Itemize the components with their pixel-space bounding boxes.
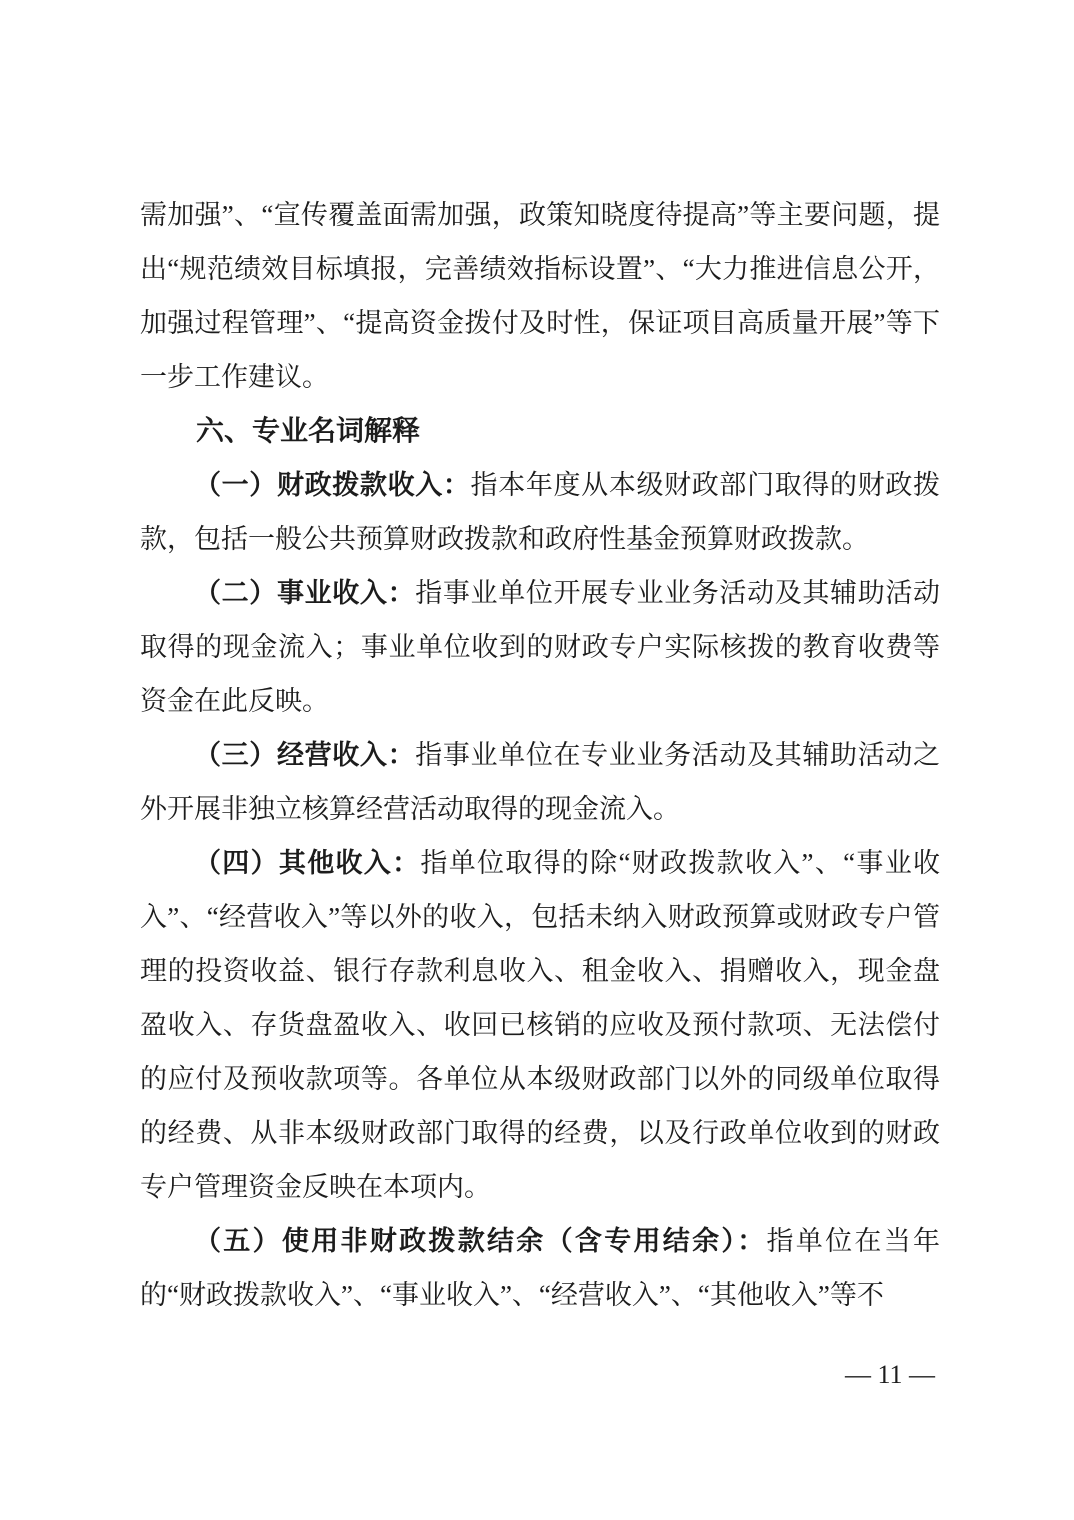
term-lead-5: （五）使用非财政拨款结余（含专用结余）： [194,1226,767,1256]
term-paragraph-4: （四）其他收入：指单位取得的除“财政拨款收入”、“事业收入”、“经营收入”等以外… [140,836,940,1214]
document-page: 需加强”、“宣传覆盖面需加强，政策知晓度待提高”等主要问题，提出“规范绩效目标填… [0,0,1074,1520]
term-lead-3: （三）经营收入： [194,740,415,770]
paragraph-intro: 需加强”、“宣传覆盖面需加强，政策知晓度待提高”等主要问题，提出“规范绩效目标填… [140,188,940,404]
document-body: 需加强”、“宣传覆盖面需加强，政策知晓度待提高”等主要问题，提出“规范绩效目标填… [140,188,940,1322]
section-heading: 六、专业名词解释 [140,404,940,458]
term-paragraph-3: （三）经营收入：指事业单位在专业业务活动及其辅助活动之外开展非独立核算经营活动取… [140,728,940,836]
term-lead-1: （一）财政拨款收入： [194,470,471,500]
term-lead-2: （二）事业收入： [194,578,415,608]
term-body-4: 指单位取得的除“财政拨款收入”、“事业收入”、“经营收入”等以外的收入，包括未纳… [140,848,940,1202]
term-lead-4: （四）其他收入： [194,848,420,878]
term-paragraph-5: （五）使用非财政拨款结余（含专用结余）：指单位在当年的“财政拨款收入”、“事业收… [140,1214,940,1322]
term-paragraph-1: （一）财政拨款收入：指本年度从本级财政部门取得的财政拨款，包括一般公共预算财政拨… [140,458,940,566]
page-number: — 11 — [845,1358,935,1392]
term-paragraph-2: （二）事业收入：指事业单位开展专业业务活动及其辅助活动取得的现金流入；事业单位收… [140,566,940,728]
